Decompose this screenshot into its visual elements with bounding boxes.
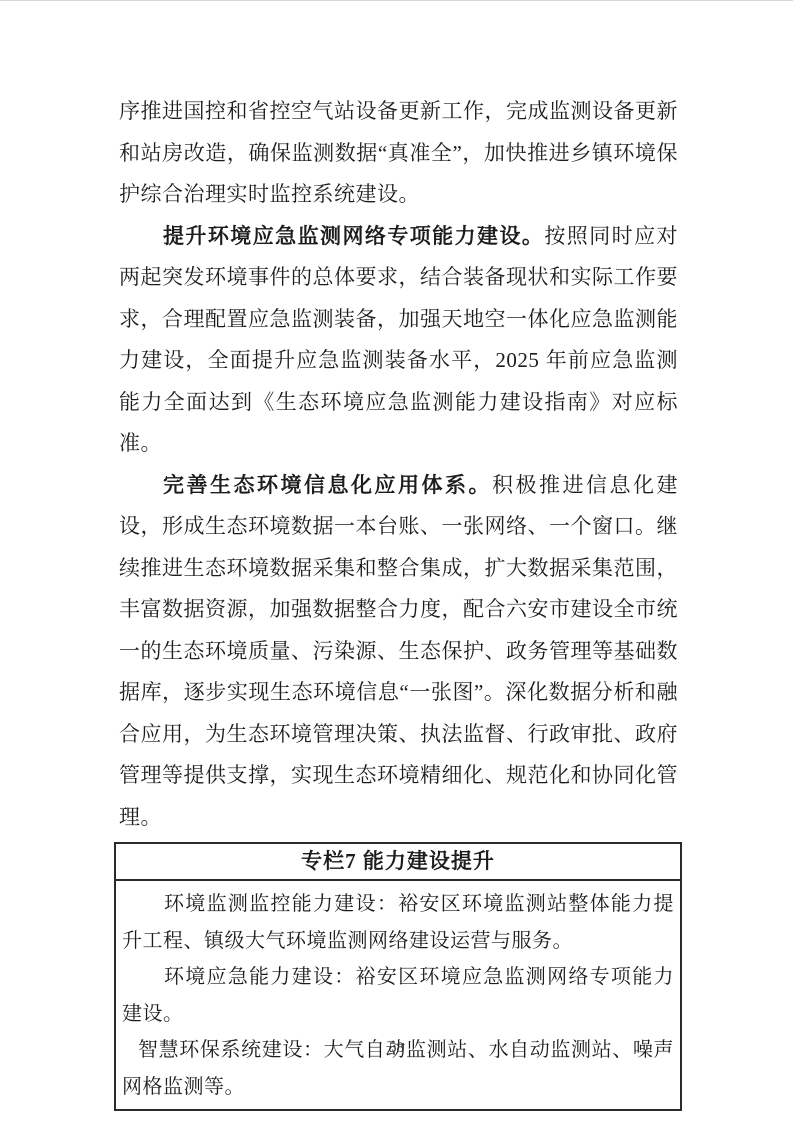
paragraph-lead: 完善生态环境信息化应用体系。 — [163, 473, 492, 497]
page-number: 58 — [0, 1040, 793, 1057]
callout-item-monitoring: 环境监测监控能力建设：裕安区环境监测站整体能力提升工程、镇级大气环境监测网络建设… — [122, 886, 674, 959]
paragraph-text: 按照同时应对两起突发环境事件的总体要求，结合装备现状和实际工作要求，合理配置应急… — [119, 224, 678, 456]
callout-title: 专栏7 能力建设提升 — [116, 844, 680, 881]
document-page: 序推进国控和省控空气站设备更新工作，完成监测设备更新和站房改造，确保监测数据“真… — [0, 0, 793, 1122]
paragraph-text: 积极推进信息化建设，形成生态环境数据一本台账、一张网络、一个窗口。继续推进生态环… — [119, 473, 678, 829]
callout-item-emergency: 环境应急能力建设：裕安区环境应急监测网络专项能力建设。 — [122, 959, 674, 1032]
body-paragraph-continuation: 序推进国控和省控空气站设备更新工作，完成监测设备更新和站房改造，确保监测数据“真… — [119, 91, 678, 216]
paragraph-text: 序推进国控和省控空气站设备更新工作，完成监测设备更新和站房改造，确保监测数据“真… — [119, 99, 678, 206]
callout-body: 环境监测监控能力建设：裕安区环境监测站整体能力提升工程、镇级大气环境监测网络建设… — [116, 881, 680, 1109]
callout-box: 专栏7 能力建设提升 环境监测监控能力建设：裕安区环境监测站整体能力提升工程、镇… — [114, 842, 682, 1111]
page-content: 序推进国控和省控空气站设备更新工作，完成监测设备更新和站房改造，确保监测数据“真… — [119, 91, 678, 1111]
paragraph-lead: 提升环境应急监测网络专项能力建设。 — [163, 224, 544, 248]
body-paragraph-informatization: 完善生态环境信息化应用体系。积极推进信息化建设，形成生态环境数据一本台账、一张网… — [119, 465, 678, 839]
body-paragraph-emergency-monitoring: 提升环境应急监测网络专项能力建设。按照同时应对两起突发环境事件的总体要求，结合装… — [119, 216, 678, 465]
